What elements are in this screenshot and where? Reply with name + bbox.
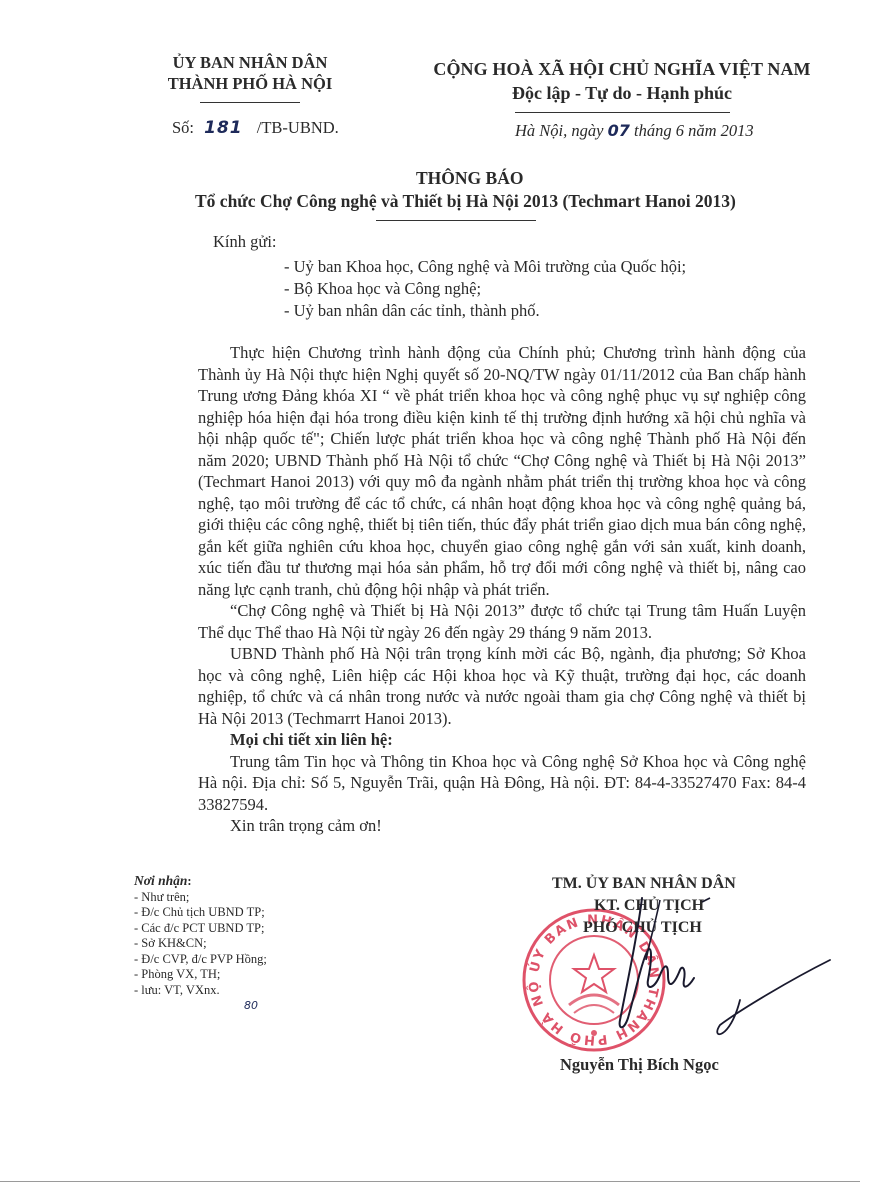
authority-line-1: ỦY BAN NHÂN DÂN <box>130 52 370 73</box>
number-suffix: /TB-UBND. <box>257 118 339 137</box>
recipient-item: - Uỷ ban Khoa học, Công nghệ và Môi trườ… <box>284 256 686 278</box>
national-motto: Độc lập - Tự do - Hạnh phúc <box>412 81 832 105</box>
closing-line: Xin trân trọng cảm ơn! <box>198 815 806 837</box>
distribution-item: - lưu: VT, VXnx. <box>134 983 267 999</box>
recipient-item: - Uỷ ban nhân dân các tỉnh, thành phố. <box>284 300 686 322</box>
handwritten-note: 80 <box>244 998 267 1014</box>
document-title: THÔNG BÁO Tổ chức Chợ Công nghệ và Thiết… <box>150 166 870 221</box>
body-paragraph: “Chợ Công nghệ và Thiết bị Hà Nội 2013” … <box>198 600 806 643</box>
number-prefix: Số: <box>172 118 194 137</box>
distribution-item: - Như trên; <box>134 890 267 906</box>
doc-type: THÔNG BÁO <box>150 166 870 190</box>
signer-name: Nguyễn Thị Bích Ngọc <box>560 1055 780 1075</box>
issuing-authority: ỦY BAN NHÂN DÂN THÀNH PHỐ HÀ NỘI <box>130 52 370 103</box>
issue-date: Hà Nội, ngày 07 tháng 6 năm 2013 <box>515 121 754 141</box>
recipients-label: Kính gửi: <box>213 232 277 252</box>
body-paragraph: UBND Thành phố Hà Nội trân trọng kính mờ… <box>198 643 806 729</box>
distribution-label-colon: : <box>187 874 191 888</box>
national-title: CỘNG HOÀ XÃ HỘI CHỦ NGHĨA VIỆT NAM <box>412 57 832 81</box>
body-paragraph: Thực hiện Chương trình hành động của Chí… <box>198 342 806 600</box>
distribution-item: - Phòng VX, TH; <box>134 967 267 983</box>
national-header: CỘNG HOÀ XÃ HỘI CHỦ NGHĨA VIỆT NAM Độc l… <box>412 57 832 113</box>
distribution-label: Nơi nhận <box>134 873 187 888</box>
page-bottom-rule <box>0 1181 860 1182</box>
document-body: Thực hiện Chương trình hành động của Chí… <box>198 342 806 837</box>
date-day-handwritten: 07 <box>608 121 630 140</box>
distribution-list: Nơi nhận: - Như trên; - Đ/c Chủ tịch UBN… <box>134 873 267 1014</box>
doc-subject: Tổ chức Chợ Công nghệ và Thiết bị Hà Nội… <box>150 190 870 212</box>
handwritten-signature-icon <box>590 890 840 1050</box>
date-prefix: Hà Nội, ngày <box>515 121 603 140</box>
distribution-item: - Sở KH&CN; <box>134 936 267 952</box>
contact-heading: Mọi chi tiết xin liên hệ: <box>198 729 806 751</box>
distribution-item: - Các đ/c PCT UBND TP; <box>134 921 267 937</box>
authority-line-2: THÀNH PHỐ HÀ NỘI <box>130 73 370 94</box>
date-suffix: tháng 6 năm 2013 <box>634 121 754 140</box>
recipients-list: - Uỷ ban Khoa học, Công nghệ và Môi trườ… <box>284 256 686 322</box>
distribution-item: - Đ/c Chủ tịch UBND TP; <box>134 905 267 921</box>
contact-text: Trung tâm Tin học và Thông tin Khoa học … <box>198 751 806 816</box>
document-number: Số: 181 /TB-UBND. <box>172 118 339 138</box>
title-underline <box>376 220 536 221</box>
authority-underline <box>200 102 300 103</box>
number-handwritten: 181 <box>204 118 243 138</box>
distribution-item: - Đ/c CVP, đ/c PVP Hồng; <box>134 952 267 968</box>
recipient-item: - Bộ Khoa học và Công nghệ; <box>284 278 686 300</box>
motto-underline <box>515 112 730 113</box>
